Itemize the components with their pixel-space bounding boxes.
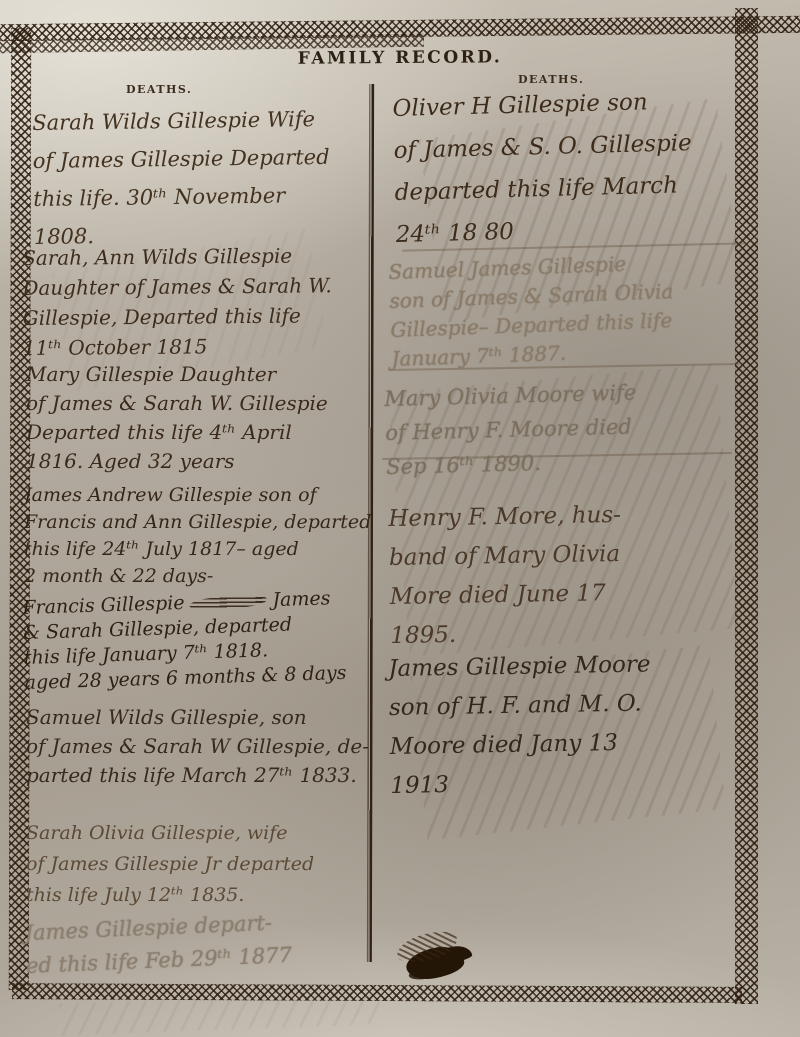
death-entry-mary-olivia-moore: Mary Olivia Moore wifeof Henry F. Moore … [384,375,638,484]
death-entry-mary-gillespie: Mary Gillespie Daughterof James & Sarah … [26,360,328,476]
entry-lines: & Sarah Gillespie, departedthis life Jan… [23,611,347,696]
death-entry-james-gillespie: James Gillespie depart-ed this life Feb … [24,906,293,983]
family-record-photograph: FAMILY RECORD. DEATHS. DEATHS. Sarah Wil… [0,0,800,1037]
death-entry-sarah-ann-wilds-gillespie: Sarah, Ann Wilds GillespieDaughter of Ja… [22,240,332,363]
death-entry-sarah-wilds-gillespie: Sarah Wilds Gillespie Wifeof James Gille… [32,100,331,256]
death-entry-francis-gillespie: Francis GillespieJames & Sarah Gillespie… [22,586,347,696]
death-entry-sarah-olivia-gillespie: Sarah Olivia Gillespie, wifeof James Gil… [26,818,314,911]
page-title: FAMILY RECORD. [0,45,800,71]
death-entry-james-andrew-gillespie: James Andrew Gillespie son ofFrancis and… [24,482,371,590]
entry-text: James [272,587,331,611]
deaths-header-left: DEATHS. [126,83,192,96]
death-entry-samuel-james-gillespie: Samuel James Gillespieson of James & Sar… [388,248,676,374]
ink-blot [392,930,480,994]
death-entry-samuel-wilds-gillespie: Samuel Wilds Gillespie, sonof James & Sa… [26,703,369,790]
death-entry-henry-f-more: Henry F. More, hus-band of Mary OliviaMo… [388,496,623,656]
ornamental-border-right [735,8,758,1004]
death-entry-james-gillespie-moore: James Gillespie Mooreson of H. F. and M.… [388,645,653,806]
crossed-out-word-scribble [189,593,268,611]
death-entry-oliver-h-gillespie: Oliver H Gillespie sonof James & S. O. G… [392,80,694,256]
entry-text: Francis Gillespie [22,592,185,619]
